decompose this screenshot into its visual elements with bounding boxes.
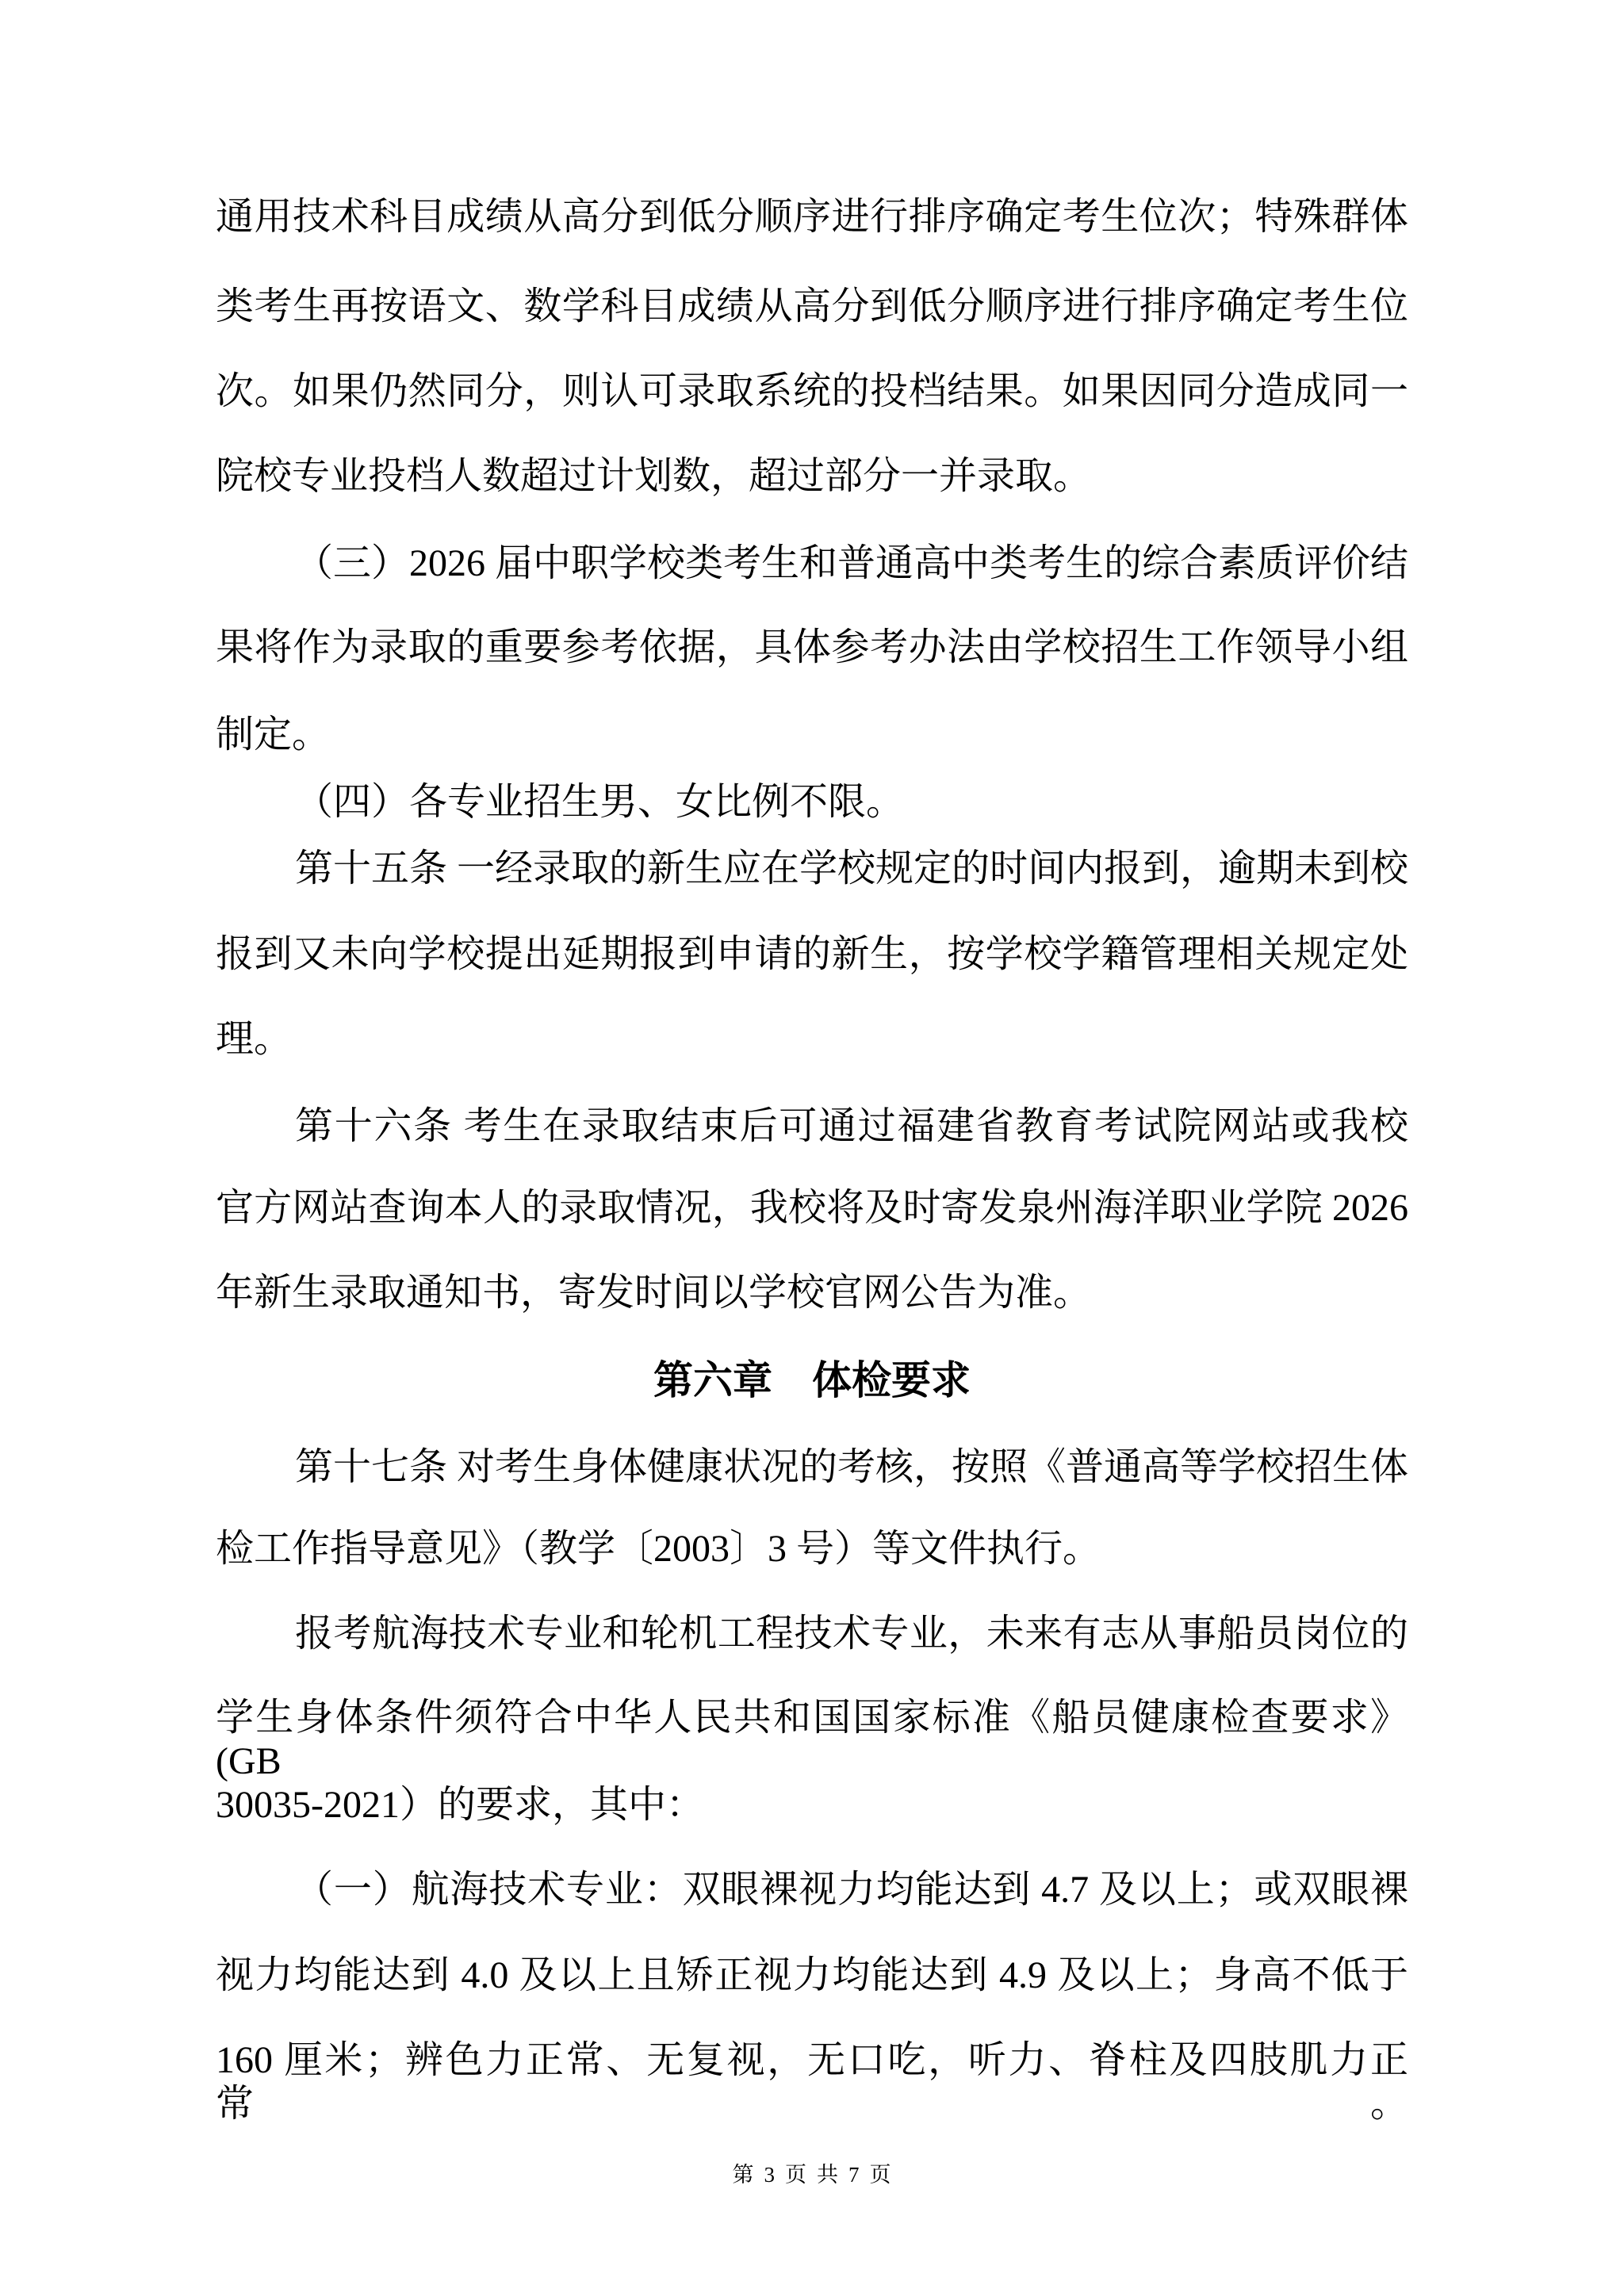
footer-label: 共 [817, 2157, 839, 2188]
chapter-heading: 第六章 体检要求 [216, 1358, 1408, 1404]
document-line: 学生身体条件须符合中华人民共和国国家标准《船员健康检查要求》(GB [216, 1696, 1408, 1783]
document-line: 类考生再按语文、数学科目成绩从高分到低分顺序进行排序确定考生位 [216, 285, 1408, 328]
document-line: 次。如果仍然同分，则认可录取系统的投档结果。如果因同分造成同一 [216, 369, 1408, 413]
footer-label: 页 [785, 2157, 807, 2188]
page-footer: 第3页共7页 [0, 2157, 1624, 2188]
document-line: 30035-2021）的要求，其中： [216, 1783, 1408, 1827]
document-line: 院校专业投档人数超过计划数，超过部分一并录取。 [216, 454, 1408, 498]
footer-total-pages: 7 [848, 2163, 860, 2187]
document-line: （四）各专业招生男、女比例不限。 [216, 780, 1408, 824]
document-line: 视力均能达到 4.0 及以上且矫正视力均能达到 4.9 及以上；身高不低于 [216, 1954, 1408, 1997]
document-line: 报到又未向学校提出延期报到申请的新生，按学校学籍管理相关规定处 [216, 932, 1408, 976]
document-line: 年新生录取通知书，寄发时间以学校官网公告为准。 [216, 1271, 1408, 1314]
document-line: 理。 [216, 1017, 1408, 1061]
footer-page-number: 3 [764, 2163, 776, 2187]
footer-label: 页 [870, 2157, 892, 2188]
document-line: 报考航海技术专业和轮机工程技术专业，未来有志从事船员岗位的 [216, 1612, 1408, 1655]
document-line: 官方网站查询本人的录取情况，我校将及时寄发泉州海洋职业学院 2026 [216, 1186, 1408, 1230]
document-line: （三）2026 届中职学校类考生和普通高中类考生的综合素质评价结 [216, 541, 1408, 585]
document-line: 果将作为录取的重要参考依据，具体参考办法由学校招生工作领导小组 [216, 626, 1408, 669]
document-line: 检工作指导意见》（教学〔2003〕3 号）等文件执行。 [216, 1527, 1408, 1571]
document-line: （一）航海技术专业：双眼裸视力均能达到 4.7 及以上；或双眼裸 [216, 1868, 1408, 1911]
document-line: 第十六条 考生在录取结束后可通过福建省教育考试院网站或我校 [216, 1104, 1408, 1148]
document-line: 通用技术科目成绩从高分到低分顺序进行排序确定考生位次；特殊群体 [216, 195, 1408, 239]
document-line: 第十七条 对考生身体健康状况的考核，按照《普通高等学校招生体 [216, 1445, 1408, 1489]
document-page: 通用技术科目成绩从高分到低分顺序进行排序确定考生位次；特殊群体 类考生再按语文、… [0, 0, 1624, 2296]
document-line: 制定。 [216, 713, 1408, 756]
document-line: 第十五条 一经录取的新生应在学校规定的时间内报到，逾期未到校 [216, 847, 1408, 890]
document-line: 160 厘米；辨色力正常、无复视，无口吃，听力、脊柱及四肢肌力正常。 [216, 2038, 1408, 2126]
footer-label: 第 [733, 2157, 755, 2188]
